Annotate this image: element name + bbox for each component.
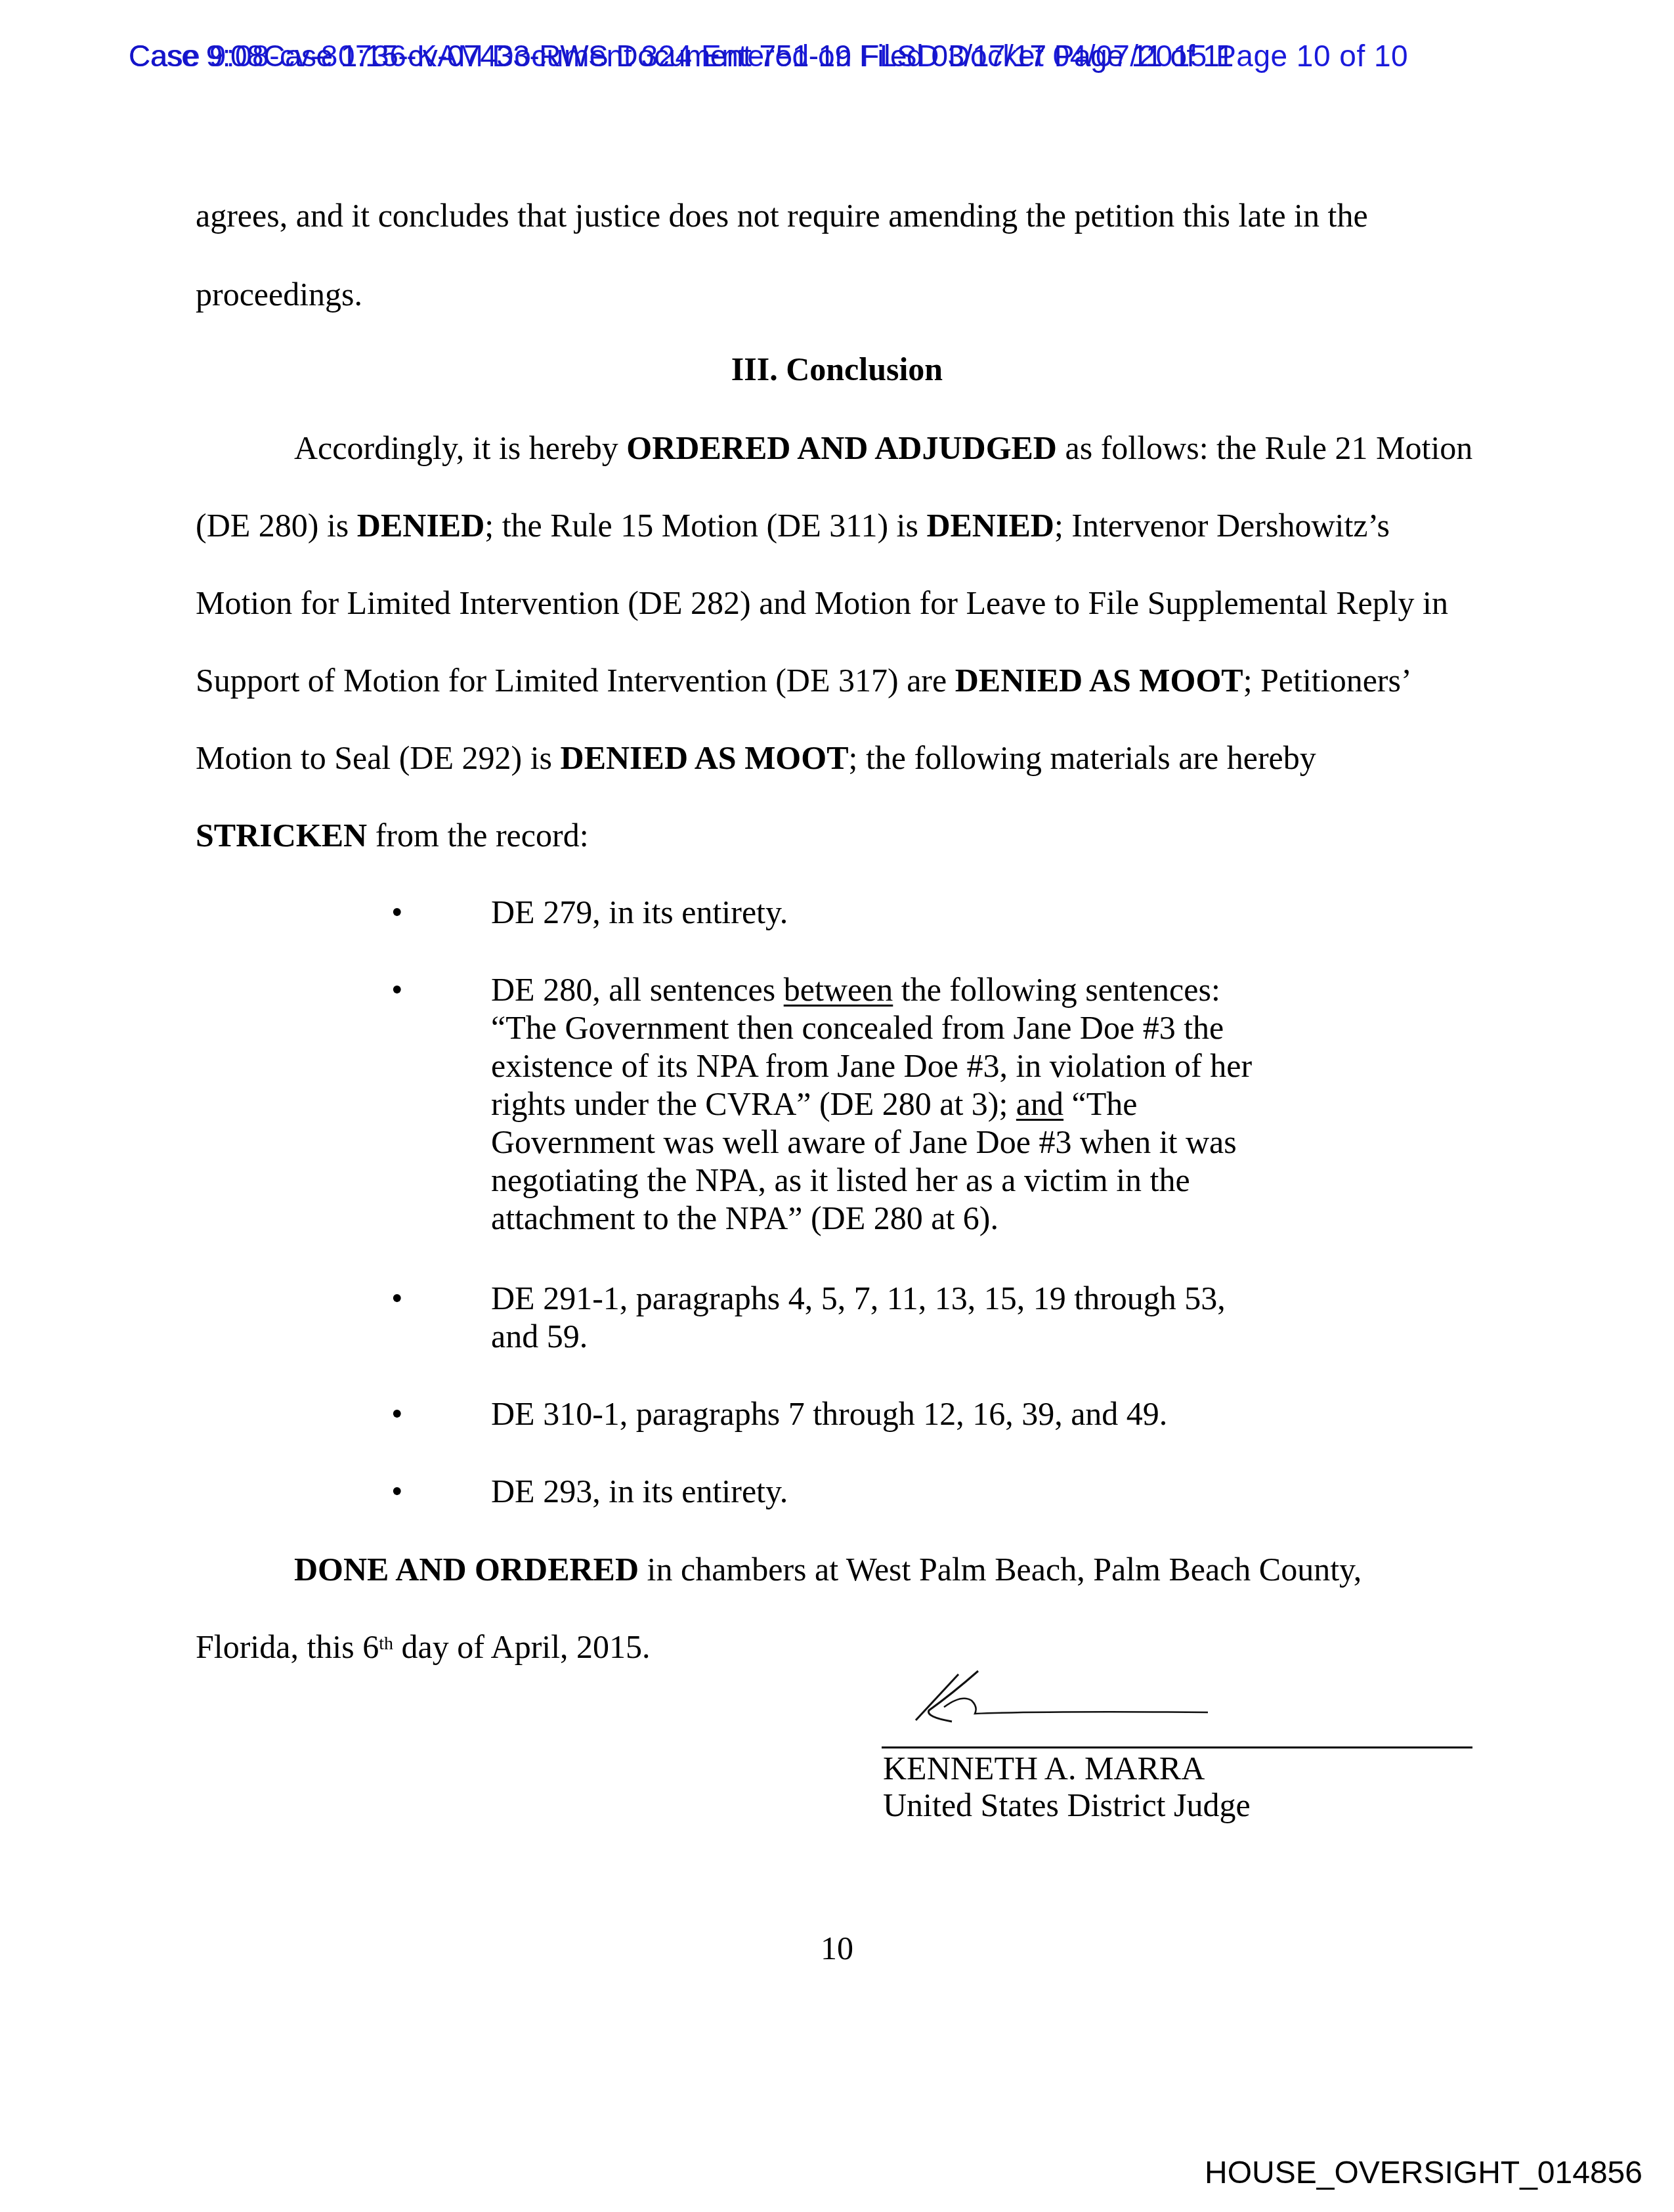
bullet-icon: • xyxy=(391,1395,403,1433)
text: ; Intervenor Dershowitz’s xyxy=(1054,507,1390,544)
text: from the record: xyxy=(367,817,588,854)
text: Motion to Seal (DE 292) is xyxy=(196,739,561,776)
text: as follows: the Rule 21 Motion xyxy=(1057,429,1472,466)
bold-text: DONE AND ORDERED xyxy=(294,1551,639,1588)
text: the following sentences: xyxy=(893,971,1220,1008)
conclusion-line-3: Motion for Limited Intervention (DE 282)… xyxy=(196,583,1482,622)
stricken-item-3-line-1: DE 291-1, paragraphs 4, 5, 7, 11, 13, 15… xyxy=(491,1279,1312,1317)
stricken-item-1: DE 279, in its entirety. xyxy=(491,893,1312,931)
underlined-text: between xyxy=(784,971,893,1008)
paragraph-continuation-line-1: agrees, and it concludes that justice do… xyxy=(196,196,1482,235)
bold-text: DENIED xyxy=(357,507,484,544)
bold-text: DENIED xyxy=(926,507,1054,544)
text: in chambers at West Palm Beach, Palm Bea… xyxy=(639,1551,1362,1588)
bold-text: DENIED AS MOOT xyxy=(955,662,1243,699)
superscript: th xyxy=(379,1634,393,1654)
conclusion-line-4: Support of Motion for Limited Interventi… xyxy=(196,661,1482,700)
stricken-item-2: DE 280, all sentences between the follow… xyxy=(491,970,1312,1237)
stricken-item-2-line-6: negotiating the NPA, as it listed her as… xyxy=(491,1161,1312,1199)
conclusion-line-2: (DE 280) is DENIED; the Rule 15 Motion (… xyxy=(196,506,1482,545)
paragraph-continuation-line-2: proceedings. xyxy=(196,274,1482,314)
stricken-item-2-line-2: “The Government then concealed from Jane… xyxy=(491,1008,1312,1047)
text: ; the following materials are hereby xyxy=(849,739,1316,776)
text: “The xyxy=(1063,1085,1137,1122)
bates-number: HOUSE_OVERSIGHT_014856 xyxy=(1205,2155,1642,2191)
text: day of April, 2015. xyxy=(393,1628,651,1665)
stricken-item-5: DE 293, in its entirety. xyxy=(491,1472,1312,1510)
bullet-icon: • xyxy=(391,1279,403,1317)
stricken-item-2-line-1: DE 280, all sentences between the follow… xyxy=(491,970,1312,1008)
document-page: Case 9:08-cv-80736-KAM Document 324 Ente… xyxy=(0,0,1674,2212)
stricken-item-2-line-5: Government was well aware of Jane Doe #3… xyxy=(491,1123,1312,1161)
conclusion-line-6: STRICKEN from the record: xyxy=(196,815,1482,855)
judge-name: KENNETH A. MARRA xyxy=(883,1749,1205,1787)
judge-title: United States District Judge xyxy=(883,1786,1251,1824)
stricken-item-2-line-3: existence of its NPA from Jane Doe #3, i… xyxy=(491,1047,1312,1085)
text: Florida, this 6 xyxy=(196,1628,379,1665)
signature-line xyxy=(882,1746,1472,1748)
text: (DE 280) is xyxy=(196,507,357,544)
done-ordered-line-2: Florida, this 6th day of April, 2015. xyxy=(196,1627,1482,1666)
conclusion-line-5: Motion to Seal (DE 292) is DENIED AS MOO… xyxy=(196,738,1482,777)
handwritten-signature-icon xyxy=(880,1668,1339,1740)
underlined-text: and xyxy=(1016,1085,1063,1122)
stricken-item-2-line-7: attachment to the NPA” (DE 280 at 6). xyxy=(491,1199,1312,1237)
bullet-icon: • xyxy=(391,893,403,931)
text: rights under the CVRA” (DE 280 at 3); xyxy=(491,1085,1016,1122)
bold-text: DENIED AS MOOT xyxy=(561,739,849,776)
case-header-stamp: Case 9:08-cv-80736-KAM Document 324 Ente… xyxy=(129,38,1547,77)
text: Support of Motion for Limited Interventi… xyxy=(196,662,955,699)
conclusion-line-1: Accordingly, it is hereby ORDERED AND AD… xyxy=(294,428,1581,467)
stricken-item-3: DE 291-1, paragraphs 4, 5, 7, 11, 13, 15… xyxy=(491,1279,1312,1355)
bullet-icon: • xyxy=(391,1472,403,1510)
bullet-icon: • xyxy=(391,970,403,1008)
section-heading-conclusion: III. Conclusion xyxy=(0,350,1674,388)
bold-text: ORDERED AND ADJUDGED xyxy=(626,429,1057,466)
case-header-layer-2: Case 9:08Case 1:15-cv-07433-RWS Document… xyxy=(129,38,1234,74)
done-ordered-line-1: DONE AND ORDERED in chambers at West Pal… xyxy=(294,1550,1581,1589)
text: ; the Rule 15 Motion (DE 311) is xyxy=(484,507,926,544)
text: ; Petitioners’ xyxy=(1243,662,1412,699)
stricken-item-3-line-2: and 59. xyxy=(491,1317,1312,1355)
page-number: 10 xyxy=(0,1929,1674,1967)
bold-text: STRICKEN xyxy=(196,817,367,854)
stricken-item-4: DE 310-1, paragraphs 7 through 12, 16, 3… xyxy=(491,1395,1312,1433)
text: Accordingly, it is hereby xyxy=(294,429,626,466)
stricken-item-2-line-4: rights under the CVRA” (DE 280 at 3); an… xyxy=(491,1085,1312,1123)
text: DE 280, all sentences xyxy=(491,971,784,1008)
